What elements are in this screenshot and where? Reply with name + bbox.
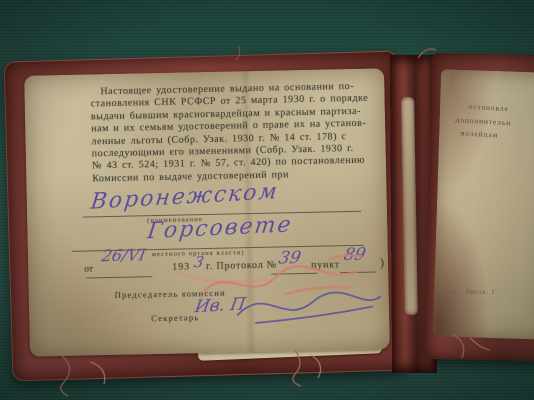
handwritten-point-number: 89 — [342, 245, 367, 266]
date-prefix: от — [84, 264, 93, 274]
handwritten-protocol-number: 39 — [277, 248, 302, 269]
secretary-label: Секретарь — [151, 312, 199, 323]
left-page: Настоящее удостоверение выдано на основа… — [24, 68, 390, 356]
close-paren: ) — [380, 255, 384, 270]
form-rule — [86, 276, 152, 278]
year-printed: 193 — [172, 261, 190, 272]
form-rule — [271, 273, 317, 275]
red-pencil-mark — [176, 271, 268, 284]
right-page: остановле дополнительн волейцам ….. Звел… — [433, 69, 534, 339]
handwritten-year-digit: 3 — [192, 253, 205, 271]
right-page-faded-text: остановле дополнительн волейцам — [455, 99, 513, 143]
handwritten-date: 26/VI — [100, 245, 147, 265]
form-rule — [340, 271, 376, 273]
photo-stage: Настоящее удостоверение выдано на основа… — [0, 0, 534, 400]
printed-paragraph: Настоящее удостоверение выдано на основа… — [90, 80, 394, 186]
right-page-footer-fragment: ….. Звели. Г — [450, 288, 496, 296]
protocol-label: г. Протокол № — [206, 260, 277, 272]
secretary-signature-text: Ив. П — [193, 294, 247, 317]
point-label: пункт — [311, 259, 340, 271]
spine-torn-paper — [401, 97, 418, 315]
secretary-signature-scribble — [237, 292, 382, 324]
